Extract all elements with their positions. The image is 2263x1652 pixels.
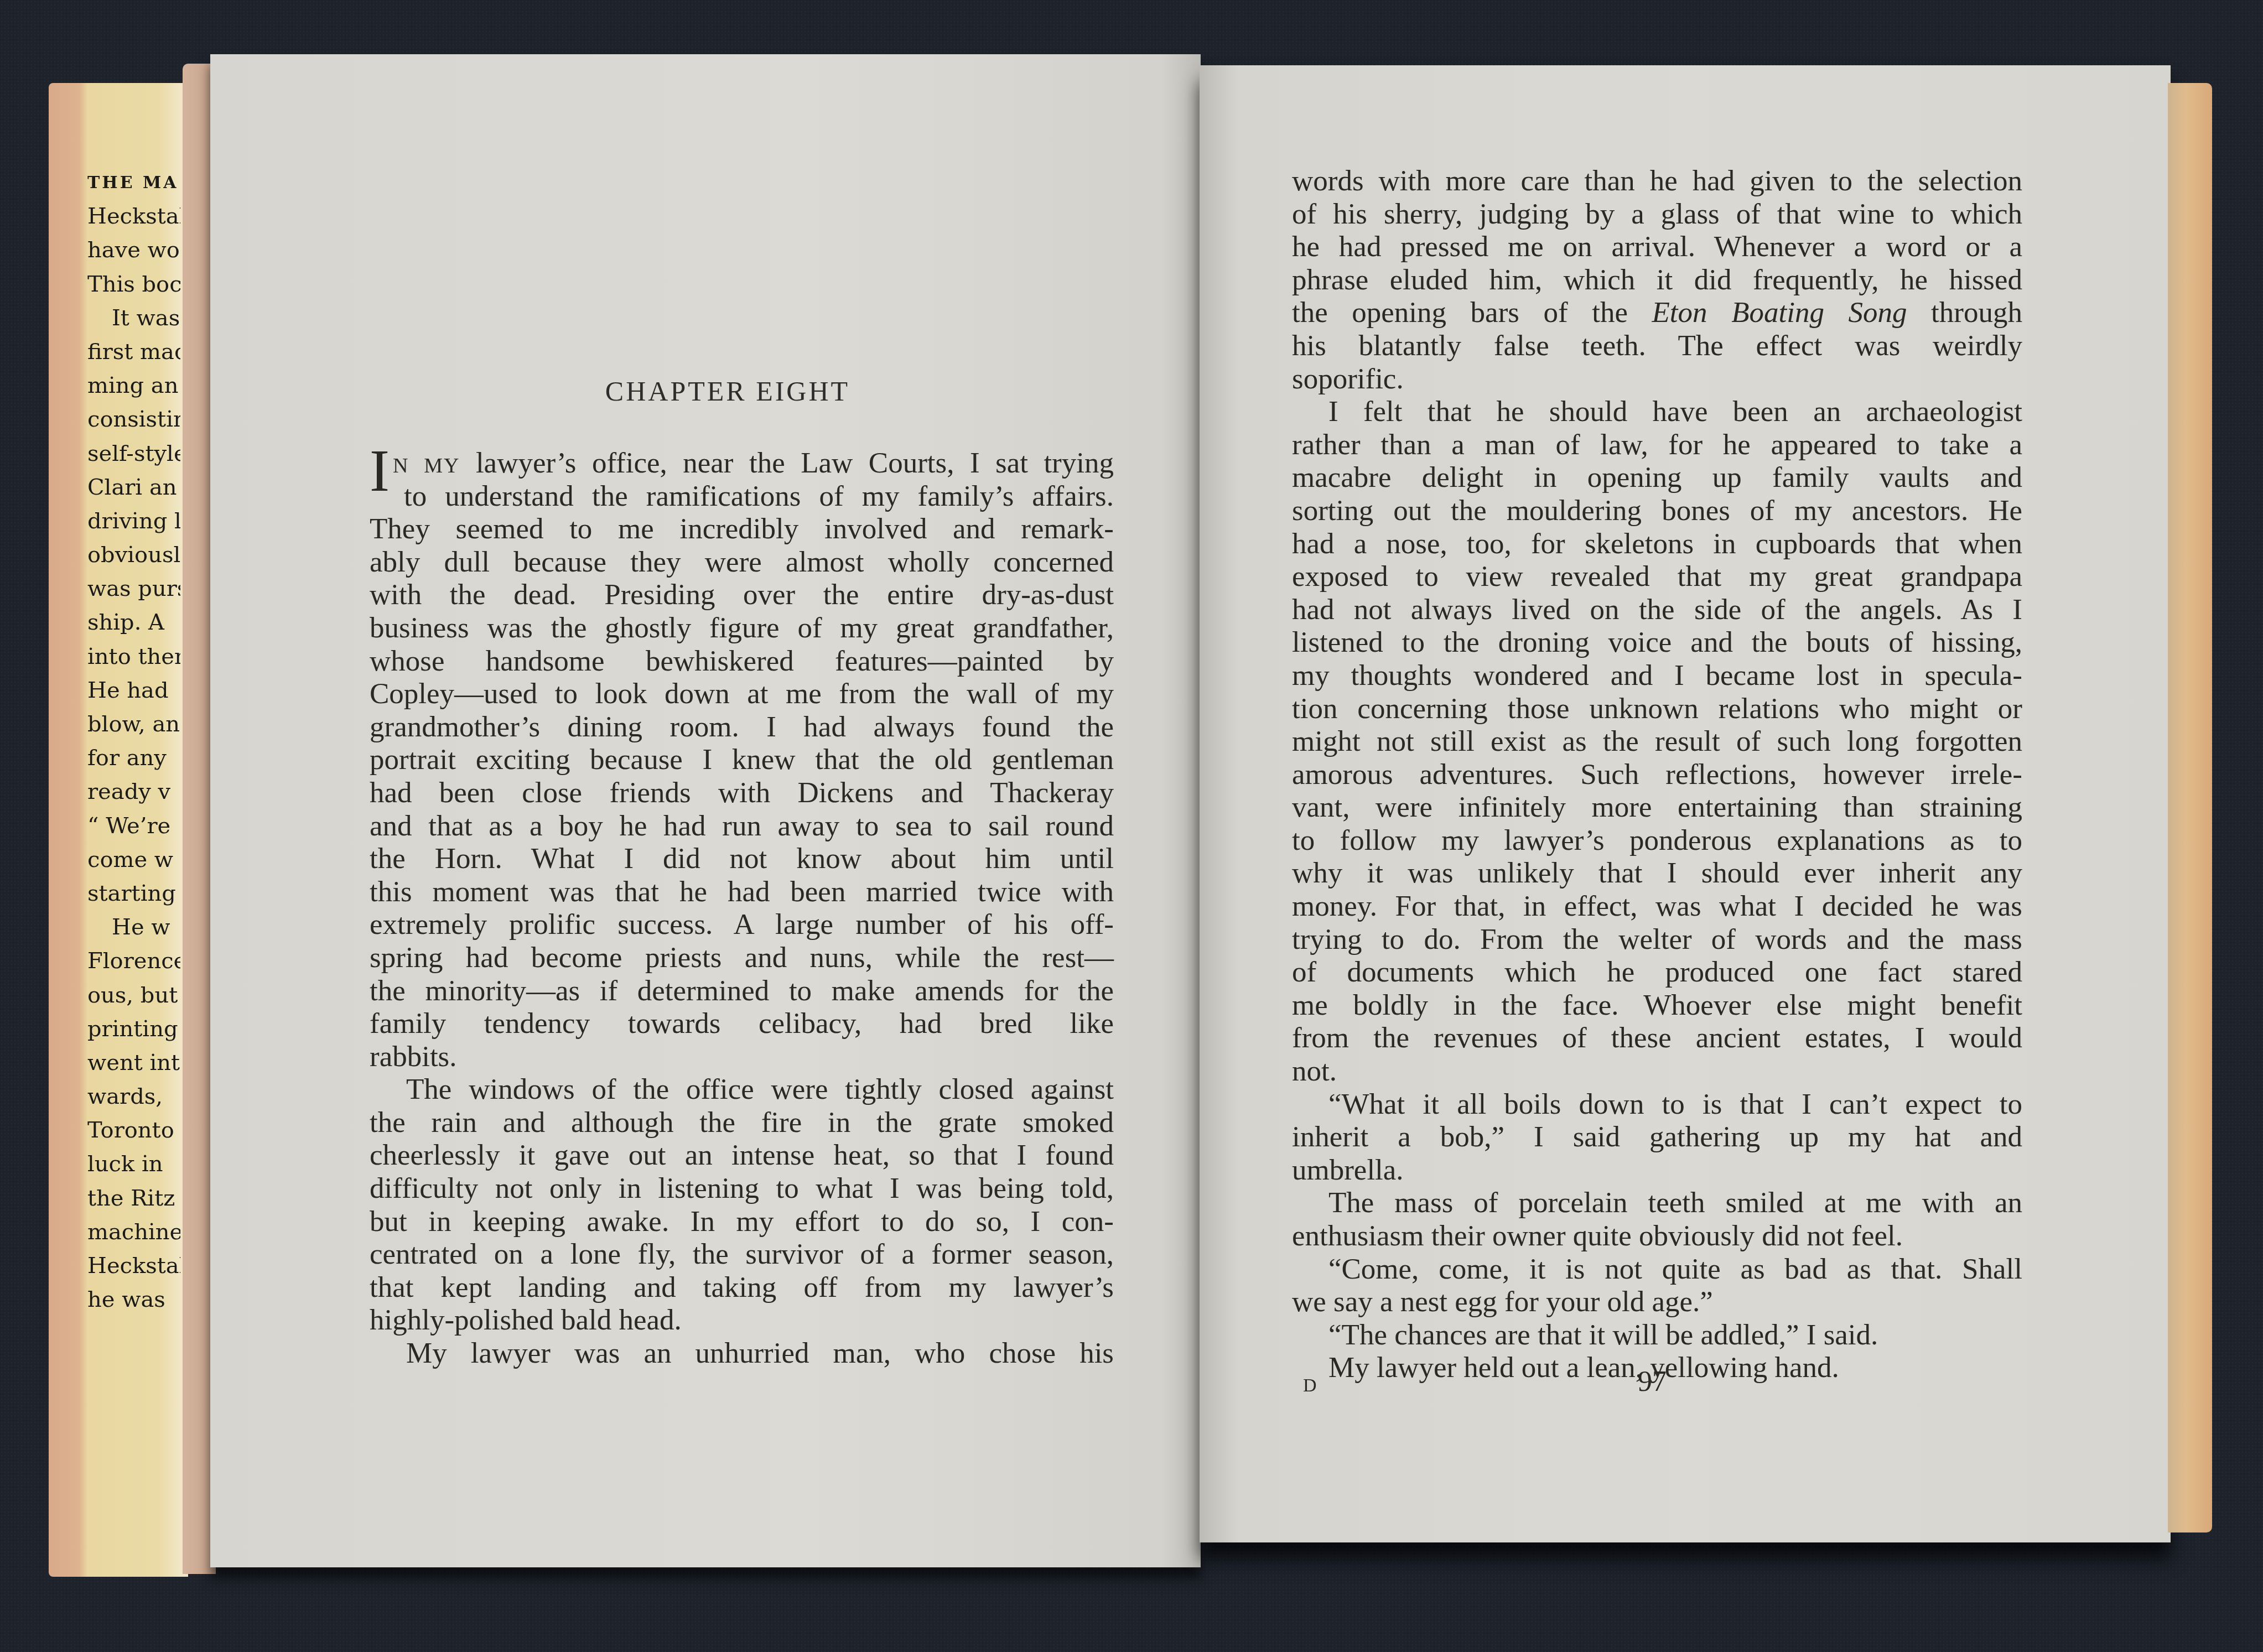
text-line: had a nose, too, for skeletons in cupboa… xyxy=(1292,528,2022,561)
text-line: grandmother’s dining room. I had always … xyxy=(370,711,1114,744)
flap-line: ready v xyxy=(87,775,180,809)
text-line: difficulty not only in listening to what… xyxy=(370,1172,1114,1206)
text-line: extremely prolific success. A large numb… xyxy=(370,908,1114,942)
text-line: They seemed to me incredibly involved an… xyxy=(370,513,1114,546)
dust-jacket-flap-text: THE MA Heckstal have wo This boc It was … xyxy=(87,166,180,1317)
text-line: “What it all boils down to is that I can… xyxy=(1292,1088,2022,1121)
flap-line: ship. A xyxy=(87,606,180,640)
text-line: to follow my lawyer’s ponderous explanat… xyxy=(1292,824,2022,858)
text-line: from the revenues of these ancient estat… xyxy=(1292,1022,2022,1055)
text-line: we say a nest egg for your old age.” xyxy=(1292,1286,2022,1319)
flap-line: he was xyxy=(87,1283,180,1317)
text-line: me boldly in the face. Whoever else migh… xyxy=(1292,989,2022,1022)
flap-line: consistin xyxy=(87,403,180,437)
text-line: might not still exist as the result of s… xyxy=(1292,725,2022,759)
page-number: 97 xyxy=(1638,1365,1667,1398)
signature-mark: D xyxy=(1303,1375,1317,1396)
text-line: money. For that, in effect, was what I d… xyxy=(1292,890,2022,923)
text-line: IN MY lawyer’s office, near the Law Cour… xyxy=(370,447,1114,480)
text-line: had not always lived on the side of the … xyxy=(1292,594,2022,627)
flap-line: Clari an xyxy=(87,471,180,505)
flap-line: THE MA xyxy=(87,166,180,200)
text-line: but in keeping awake. In my effort to do… xyxy=(370,1206,1114,1239)
flap-line: He had xyxy=(87,674,180,708)
italic-song-title: Eton Boating Song xyxy=(1652,297,1907,329)
small-caps-lead: N MY xyxy=(393,454,460,477)
flap-line: This boc xyxy=(87,268,180,302)
flap-line: machine xyxy=(87,1215,180,1249)
text-line: soporific. xyxy=(1292,363,2022,396)
text-line: Copley—used to look down at me from the … xyxy=(370,678,1114,711)
flap-line: have wo xyxy=(87,233,180,267)
text-line: portrait exciting because I knew that th… xyxy=(370,744,1114,777)
text-line: and that as a boy he had run away to sea… xyxy=(370,810,1114,843)
text-line: of documents which he produced one fact … xyxy=(1292,956,2022,989)
book-cover-edge-right xyxy=(2168,83,2212,1532)
text-line: phrase eluded him, which it did frequent… xyxy=(1292,264,2022,297)
text-line: ably dull because they were almost wholl… xyxy=(370,546,1114,579)
text-line: of his sherry, judging by a glass of tha… xyxy=(1292,198,2022,231)
flap-line: He w xyxy=(87,911,180,944)
flap-line: Heckstal xyxy=(87,1249,180,1283)
flap-line: driving l xyxy=(87,505,180,538)
text-line: The windows of the office were tightly c… xyxy=(370,1073,1114,1106)
text-line: his blatantly false teeth. The effect wa… xyxy=(1292,330,2022,363)
text-line: enthusiasm their owner quite obviously d… xyxy=(1292,1220,2022,1253)
flap-line: It was xyxy=(87,302,180,335)
text-line: this moment was that he had been married… xyxy=(370,876,1114,909)
text-line: my thoughts wondered and I became lost i… xyxy=(1292,659,2022,693)
flap-line: blow, an xyxy=(87,708,180,741)
flap-line: the Ritz xyxy=(87,1182,180,1215)
text-line: exposed to view revealed that my great g… xyxy=(1292,560,2022,594)
text-line: I felt that he should have been an archa… xyxy=(1292,396,2022,429)
flap-line: Toronto xyxy=(87,1114,180,1147)
flap-line: luck in xyxy=(87,1147,180,1181)
chapter-title: CHAPTER EIGHT xyxy=(210,375,1245,407)
flap-line: wards, xyxy=(87,1080,180,1114)
text-line: business was the ghostly figure of my gr… xyxy=(370,612,1114,645)
text-line: to understand the ramifications of my fa… xyxy=(370,480,1114,513)
text-line: highly-polished bald head. xyxy=(370,1304,1114,1337)
text-line: tion concerning those unknown relations … xyxy=(1292,693,2022,726)
flap-line: was purs xyxy=(87,572,180,606)
text-line: amorous adventures. Such reflections, ho… xyxy=(1292,759,2022,792)
text-line: inherit a bob,” I said gathering up my h… xyxy=(1292,1121,2022,1154)
text-line: trying to do. From the welter of words a… xyxy=(1292,923,2022,957)
drop-cap: I xyxy=(370,449,390,493)
right-page-body: words with more care than he had given t… xyxy=(1292,165,2022,1385)
text-line: why it was unlikely that I should ever i… xyxy=(1292,857,2022,890)
text-line: rather than a man of law, for he appeare… xyxy=(1292,429,2022,462)
text-line: umbrella. xyxy=(1292,1154,2022,1187)
text-line: sorting out the mouldering bones of my a… xyxy=(1292,495,2022,528)
text-line: not. xyxy=(1292,1055,2022,1088)
text-line: with the dead. Presiding over the entire… xyxy=(370,579,1114,612)
text-line: he had pressed me on arrival. Whenever a… xyxy=(1292,231,2022,264)
flap-line: come w xyxy=(87,843,180,877)
text-line: rabbits. xyxy=(370,1041,1114,1074)
text-line: “Come, come, it is not quite as bad as t… xyxy=(1292,1253,2022,1286)
text-line: spring had become priests and nuns, whil… xyxy=(370,942,1114,975)
flap-line: starting xyxy=(87,877,180,911)
text-line: the rain and although the fire in the gr… xyxy=(370,1106,1114,1140)
text-line: My lawyer was an unhurried man, who chos… xyxy=(370,1337,1114,1370)
text-line: listened to the droning voice and the bo… xyxy=(1292,626,2022,659)
text-line: whose handsome bewhiskered features—pain… xyxy=(370,645,1114,678)
text-line: The mass of porcelain teeth smiled at me… xyxy=(1292,1187,2022,1220)
flap-line: ous, but xyxy=(87,979,180,1012)
text-line: centrated on a lone fly, the survivor of… xyxy=(370,1238,1114,1271)
text-line: “The chances are that it will be addled,… xyxy=(1292,1319,2022,1352)
flap-line: ming an xyxy=(87,369,180,403)
text-line: words with more care than he had given t… xyxy=(1292,165,2022,198)
text-line: the opening bars of the Eton Boating Son… xyxy=(1292,297,2022,330)
flap-line: self-style xyxy=(87,437,180,471)
text-line: that kept landing and taking off from my… xyxy=(370,1271,1114,1305)
text-line: the minority—as if determined to make am… xyxy=(370,975,1114,1008)
flap-line: went int xyxy=(87,1046,180,1080)
flap-line: printing xyxy=(87,1012,180,1046)
flap-line: into then xyxy=(87,640,180,674)
text-line: cheerlessly it gave out an intense heat,… xyxy=(370,1139,1114,1172)
flap-line: obviousl xyxy=(87,538,180,572)
text-line: the Horn. What I did not know about him … xyxy=(370,843,1114,876)
left-page-body: IN MY lawyer’s office, near the Law Cour… xyxy=(370,447,1114,1370)
flap-line: Heckstal xyxy=(87,200,180,233)
text-line: macabre delight in opening up family vau… xyxy=(1292,461,2022,495)
text-line: had been close friends with Dickens and … xyxy=(370,777,1114,810)
text-line: family tendency towards celibacy, had br… xyxy=(370,1007,1114,1041)
flap-line: Florence xyxy=(87,944,180,978)
text-line: vant, were infinitely more entertaining … xyxy=(1292,791,2022,824)
flap-line: “ We’re xyxy=(87,809,180,843)
flap-line: for any xyxy=(87,741,180,775)
flap-line: first mac xyxy=(87,335,180,369)
